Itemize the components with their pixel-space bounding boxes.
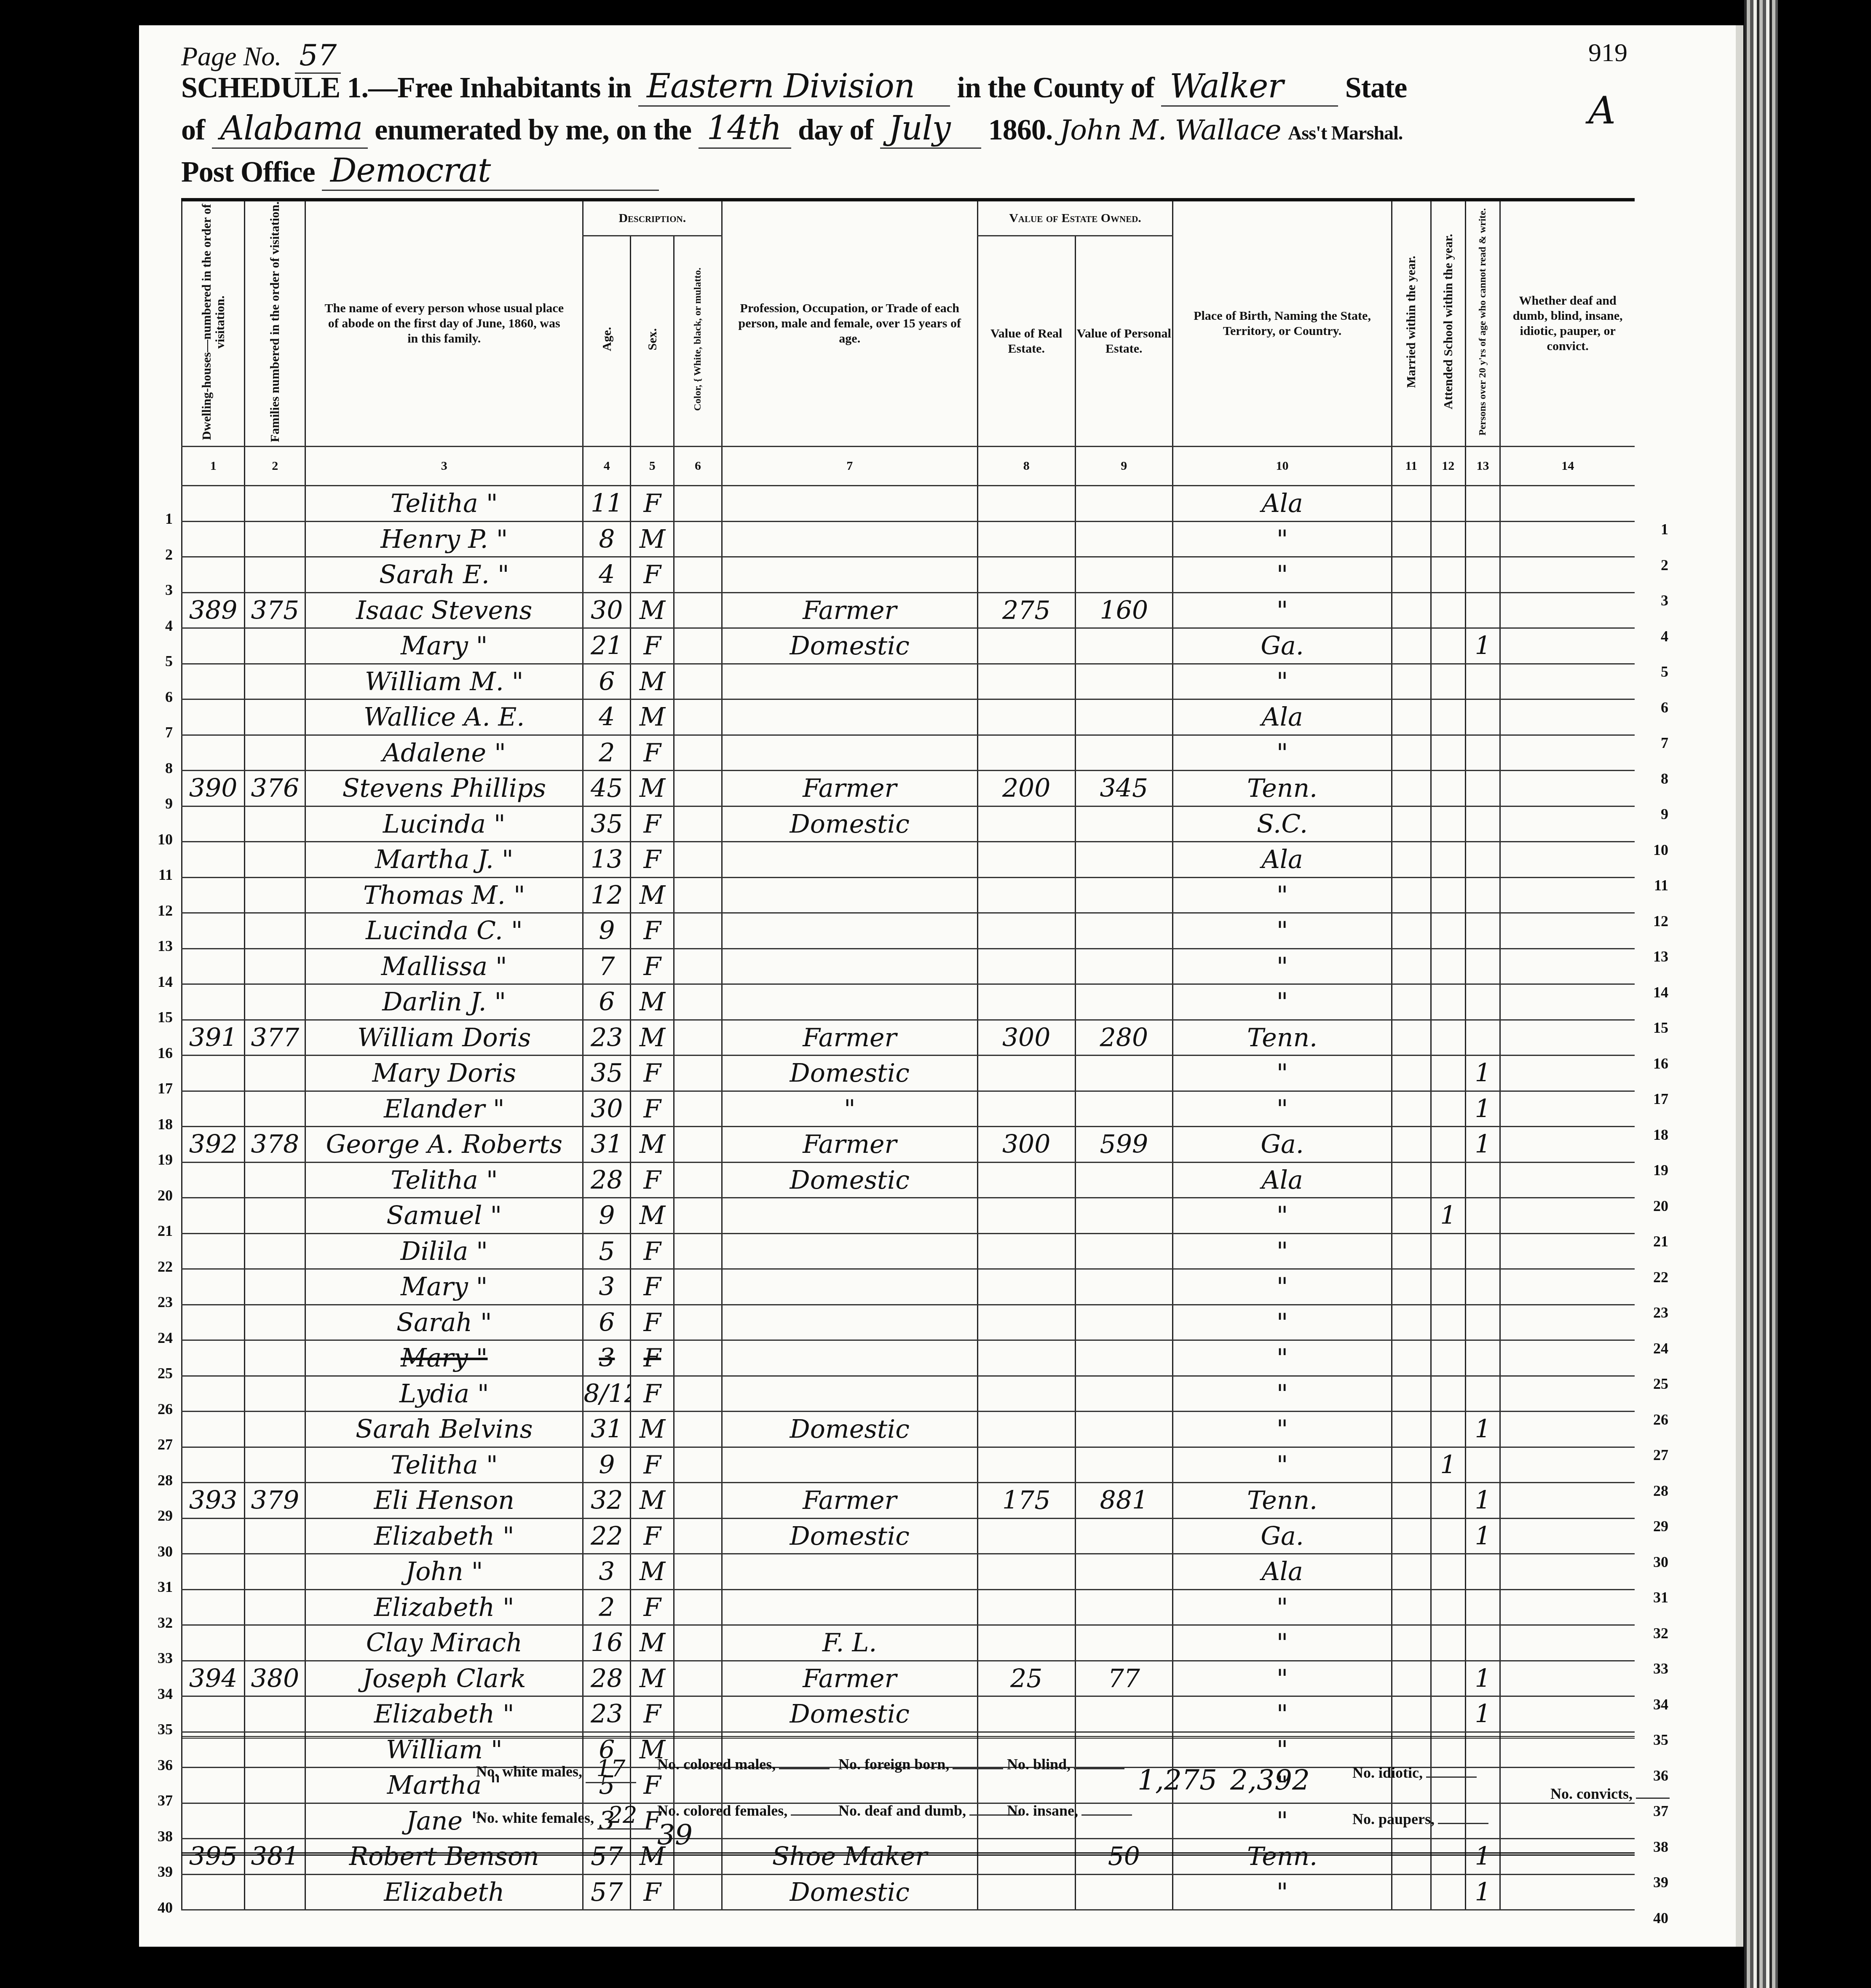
line-number: 26 [1643, 1411, 1668, 1428]
family-number [245, 1447, 305, 1483]
person-name: Mary Doris [305, 1056, 583, 1091]
line-number: 9 [1643, 805, 1668, 823]
dwelling-number [182, 699, 245, 735]
line-number: 11 [1643, 876, 1668, 894]
family-number [245, 1518, 305, 1554]
school-mark [1431, 1661, 1465, 1696]
color [674, 1233, 722, 1269]
illiterate-mark [1465, 842, 1500, 878]
personal-estate-value [1075, 699, 1173, 735]
color [674, 771, 722, 806]
occupation: Farmer [722, 592, 977, 628]
col-personal-estate-header: Value of Personal Estate. [1075, 236, 1173, 447]
color [674, 1020, 722, 1056]
married-mark [1392, 1447, 1431, 1483]
married-mark [1392, 1233, 1431, 1269]
col-number: 4 [583, 447, 631, 486]
real-estate-value [977, 877, 1075, 913]
color [674, 842, 722, 878]
age: 57 [583, 1874, 631, 1910]
census-page: Page No. 57 919 A SCHEDULE 1.—Free Inhab… [139, 25, 1743, 1947]
birthplace: " [1173, 913, 1392, 949]
family-number: 380 [245, 1661, 305, 1696]
colored-males-total: No. colored males, [657, 1755, 830, 1773]
real-estate-value [977, 1056, 1075, 1091]
birthplace: " [1173, 877, 1392, 913]
insane-total: No. insane, [1007, 1802, 1132, 1819]
sex: F [631, 735, 674, 771]
occupation [722, 842, 977, 878]
table-row: 394380Joseph Clark28MFarmer2577"1 [182, 1661, 1635, 1696]
school-mark [1431, 877, 1465, 913]
line-number: 13 [1643, 948, 1668, 965]
sex: F [631, 1874, 674, 1910]
family-number: 378 [245, 1127, 305, 1163]
color [674, 486, 722, 522]
birthplace: " [1173, 1447, 1392, 1483]
disability [1500, 1305, 1635, 1340]
table-row: Wallice A. E.4MAla [182, 699, 1635, 735]
age: 9 [583, 1447, 631, 1483]
color [674, 984, 722, 1020]
line-number-left: 39 [147, 1863, 173, 1881]
occupation [722, 1269, 977, 1305]
school-mark [1431, 1696, 1465, 1732]
occupation: Domestic [722, 1518, 977, 1554]
school-mark [1431, 557, 1465, 593]
dwelling-number [182, 486, 245, 522]
age: 28 [583, 1162, 631, 1198]
post-office-field: Democrat [322, 152, 659, 191]
line-number-left: 33 [147, 1649, 173, 1667]
stamp-letter: A [1588, 88, 1616, 133]
disability [1500, 1661, 1635, 1696]
married-mark [1392, 1554, 1431, 1590]
age: 23 [583, 1696, 631, 1732]
column-number-row: 1 2 3 4 5 6 7 8 9 10 11 12 13 14 [182, 447, 1635, 486]
family-number [245, 1269, 305, 1305]
family-number [245, 1376, 305, 1412]
line-number: 17 [1643, 1090, 1668, 1108]
color [674, 948, 722, 984]
table-row: Sarah E. "4F" [182, 557, 1635, 593]
col-number: 8 [977, 447, 1075, 486]
personal-estate-value [1075, 913, 1173, 949]
line-number: 2 [1643, 556, 1668, 574]
col-birthplace-header: Place of Birth, Naming the State, Territ… [1173, 200, 1392, 447]
disability [1500, 664, 1635, 699]
birthplace: " [1173, 1340, 1392, 1376]
school-mark [1431, 806, 1465, 842]
family-number [245, 1340, 305, 1376]
age: 2 [583, 1589, 631, 1625]
stamp-number: 919 [1588, 38, 1627, 68]
col-color-header: Color, { White, black, or mulatto. [674, 236, 722, 447]
family-number [245, 1198, 305, 1234]
line-number-left: 23 [147, 1293, 173, 1311]
line-number-left: 34 [147, 1685, 173, 1703]
age: 9 [583, 1198, 631, 1234]
age: 12 [583, 877, 631, 913]
person-name: Elander " [305, 1091, 583, 1127]
col-number: 1 [182, 447, 245, 486]
table-row: Lucinda "35FDomesticS.C. [182, 806, 1635, 842]
age: 30 [583, 592, 631, 628]
age: 16 [583, 1625, 631, 1661]
disability [1500, 1233, 1635, 1269]
married-mark [1392, 1518, 1431, 1554]
table-row: Telitha "28FDomesticAla [182, 1162, 1635, 1198]
line-number-left: 2 [147, 546, 173, 563]
sex: M [631, 521, 674, 557]
person-name: Mary " [305, 628, 583, 664]
sex: F [631, 1589, 674, 1625]
person-name: Darlin J. " [305, 984, 583, 1020]
white-females-count: 22 [608, 1802, 637, 1828]
col-number: 14 [1500, 447, 1635, 486]
disability [1500, 1376, 1635, 1412]
col-occupation-header: Profession, Occupation, or Trade of each… [722, 200, 977, 447]
person-name: William Doris [305, 1020, 583, 1056]
illiterate-mark [1465, 1376, 1500, 1412]
birthplace: Tenn. [1173, 1020, 1392, 1056]
schedule-line: SCHEDULE 1.—Free Inhabitants in Eastern … [181, 67, 1407, 107]
disability [1500, 1447, 1635, 1483]
married-mark [1392, 1198, 1431, 1234]
table-row: Martha J. "13FAla [182, 842, 1635, 878]
line-number: 27 [1643, 1446, 1668, 1464]
occupation [722, 1447, 977, 1483]
real-estate-value [977, 1447, 1075, 1483]
dwelling-number [182, 1305, 245, 1340]
line-number: 3 [1643, 592, 1668, 609]
col-name-header: The name of every person whose usual pla… [305, 200, 583, 447]
disability [1500, 1269, 1635, 1305]
dwelling-number [182, 735, 245, 771]
blind-total: No. blind, [1007, 1755, 1124, 1773]
occupation [722, 735, 977, 771]
sex: F [631, 948, 674, 984]
dwelling-number: 392 [182, 1127, 245, 1163]
description-group-header: Description. [583, 200, 722, 236]
birthplace: Ga. [1173, 628, 1392, 664]
birthplace: " [1173, 1589, 1392, 1625]
age: 13 [583, 842, 631, 878]
illiterate-mark: 1 [1465, 628, 1500, 664]
married-mark [1392, 806, 1431, 842]
real-estate-value [977, 1589, 1075, 1625]
line-number-left: 8 [147, 759, 173, 777]
school-mark [1431, 1127, 1465, 1163]
person-name: George A. Roberts [305, 1127, 583, 1163]
age: 31 [583, 1127, 631, 1163]
line-number-left: 25 [147, 1364, 173, 1382]
age: 6 [583, 984, 631, 1020]
illiterate-mark [1465, 557, 1500, 593]
line-number-left: 26 [147, 1400, 173, 1418]
illiterate-mark [1465, 771, 1500, 806]
occupation: Farmer [722, 1661, 977, 1696]
real-estate-total: 1,275 [1138, 1764, 1217, 1796]
real-estate-value [977, 486, 1075, 522]
occupation: Domestic [722, 1874, 977, 1910]
dwelling-number [182, 521, 245, 557]
disability [1500, 1483, 1635, 1519]
line-number: 10 [1643, 841, 1668, 859]
family-number: 379 [245, 1483, 305, 1519]
birthplace: " [1173, 1233, 1392, 1269]
school-mark [1431, 1162, 1465, 1198]
occupation [722, 486, 977, 522]
family-number [245, 1554, 305, 1590]
married-mark [1392, 1376, 1431, 1412]
birthplace: Tenn. [1173, 1483, 1392, 1519]
line-number-left: 12 [147, 902, 173, 919]
school-mark [1431, 1874, 1465, 1910]
family-number [245, 877, 305, 913]
person-name: Mary " [305, 1340, 583, 1376]
real-estate-value [977, 1376, 1075, 1412]
occupation [722, 1340, 977, 1376]
occupation: Domestic [722, 1412, 977, 1447]
illiterate-mark [1465, 486, 1500, 522]
line-number: 14 [1643, 983, 1668, 1001]
married-mark [1392, 1269, 1431, 1305]
sex: M [631, 1127, 674, 1163]
real-estate-value [977, 699, 1075, 735]
dwelling-number [182, 1447, 245, 1483]
table-row: Samuel "9M"1 [182, 1198, 1635, 1234]
occupation [722, 877, 977, 913]
illiterate-mark [1465, 984, 1500, 1020]
school-mark [1431, 521, 1465, 557]
family-number: 375 [245, 592, 305, 628]
table-row: Mary "3F" [182, 1340, 1635, 1376]
col-number: 6 [674, 447, 722, 486]
color [674, 1127, 722, 1163]
table-row: Clay Mirach16MF. L." [182, 1625, 1635, 1661]
illiterate-mark [1465, 664, 1500, 699]
line-number: 16 [1643, 1055, 1668, 1072]
occupation [722, 1589, 977, 1625]
birthplace: Ala [1173, 842, 1392, 878]
personal-estate-value [1075, 1625, 1173, 1661]
line-number-left: 37 [147, 1792, 173, 1809]
sex: F [631, 806, 674, 842]
real-estate-value [977, 1162, 1075, 1198]
line-number-left: 10 [147, 831, 173, 848]
family-number [245, 1696, 305, 1732]
real-estate-value [977, 521, 1075, 557]
personal-estate-value [1075, 877, 1173, 913]
illiterate-mark [1465, 1589, 1500, 1625]
married-mark [1392, 1589, 1431, 1625]
dwelling-number: 393 [182, 1483, 245, 1519]
line-number: 34 [1643, 1696, 1668, 1713]
occupation: " [722, 1091, 977, 1127]
school-mark [1431, 1589, 1465, 1625]
personal-estate-value [1075, 1589, 1173, 1625]
dwelling-number [182, 557, 245, 593]
married-mark [1392, 699, 1431, 735]
personal-estate-value: 160 [1075, 592, 1173, 628]
illiterate-mark [1465, 1162, 1500, 1198]
married-mark [1392, 1056, 1431, 1091]
color [674, 699, 722, 735]
line-number: 4 [1643, 627, 1668, 645]
disability [1500, 521, 1635, 557]
color [674, 1661, 722, 1696]
family-number: 377 [245, 1020, 305, 1056]
color [674, 1162, 722, 1198]
dwelling-number [182, 806, 245, 842]
sex: F [631, 1696, 674, 1732]
disability [1500, 1056, 1635, 1091]
line-number: 32 [1643, 1624, 1668, 1642]
colored-females-total: No. colored females, [657, 1802, 841, 1819]
personal-estate-value: 280 [1075, 1020, 1173, 1056]
disability [1500, 948, 1635, 984]
line-number: 28 [1643, 1482, 1668, 1500]
color [674, 1056, 722, 1091]
married-mark [1392, 592, 1431, 628]
personal-estate-value [1075, 1091, 1173, 1127]
sex: F [631, 1233, 674, 1269]
dwelling-number: 394 [182, 1661, 245, 1696]
person-name: Elizabeth [305, 1874, 583, 1910]
personal-estate-value [1075, 1305, 1173, 1340]
real-estate-value: 200 [977, 771, 1075, 806]
line-number-left: 35 [147, 1720, 173, 1738]
line-number-left: 6 [147, 688, 173, 706]
disability [1500, 1625, 1635, 1661]
married-mark [1392, 1483, 1431, 1519]
table-row: 390376Stevens Phillips45MFarmer200345Ten… [182, 771, 1635, 806]
table-row: 389375Isaac Stevens30MFarmer275160" [182, 592, 1635, 628]
real-estate-value [977, 1233, 1075, 1269]
disability [1500, 1518, 1635, 1554]
col-number: 2 [245, 447, 305, 486]
sex: M [631, 877, 674, 913]
line-number-left: 11 [147, 866, 173, 884]
married-mark [1392, 1696, 1431, 1732]
dwelling-number [182, 877, 245, 913]
person-name: Thomas M. " [305, 877, 583, 913]
real-estate-value [977, 1554, 1075, 1590]
personal-estate-value [1075, 521, 1173, 557]
age: 3 [583, 1554, 631, 1590]
of-label: of [181, 114, 205, 146]
married-mark [1392, 628, 1431, 664]
state-field: Alabama [212, 110, 368, 149]
sex: F [631, 1518, 674, 1554]
line-number-left: 5 [147, 652, 173, 670]
illiterate-mark [1465, 877, 1500, 913]
married-mark [1392, 771, 1431, 806]
personal-estate-value [1075, 1696, 1173, 1732]
married-mark [1392, 1874, 1431, 1910]
illiterate-mark [1465, 735, 1500, 771]
occupation [722, 557, 977, 593]
sex: F [631, 1269, 674, 1305]
age: 2 [583, 735, 631, 771]
real-estate-value: 300 [977, 1020, 1075, 1056]
foreign-born-total: No. foreign born, [838, 1755, 1003, 1773]
year: 1860. [988, 114, 1053, 146]
person-name: Sarah " [305, 1305, 583, 1340]
sex: M [631, 771, 674, 806]
person-name: Wallice A. E. [305, 699, 583, 735]
dwelling-number [182, 1269, 245, 1305]
table-row: 392378George A. Roberts31MFarmer300599Ga… [182, 1127, 1635, 1163]
table-row: Sarah "6F" [182, 1305, 1635, 1340]
table-row: William M. "6M" [182, 664, 1635, 699]
personal-estate-value [1075, 842, 1173, 878]
age: 35 [583, 1056, 631, 1091]
sex: M [631, 1198, 674, 1234]
birthplace: " [1173, 521, 1392, 557]
married-mark [1392, 1625, 1431, 1661]
color [674, 1874, 722, 1910]
dwelling-number [182, 1056, 245, 1091]
birthplace: " [1173, 1625, 1392, 1661]
person-name: Clay Mirach [305, 1625, 583, 1661]
sex: M [631, 1020, 674, 1056]
occupation [722, 948, 977, 984]
color [674, 1340, 722, 1376]
family-number [245, 1162, 305, 1198]
occupation [722, 1376, 977, 1412]
table-row: Mary Doris35FDomestic"1 [182, 1056, 1635, 1091]
color [674, 877, 722, 913]
dwelling-number [182, 1198, 245, 1234]
person-name: Lucinda C. " [305, 913, 583, 949]
table-row: John "3MAla [182, 1554, 1635, 1590]
col-family-header: Families numbered in the order of visita… [245, 200, 305, 447]
state-label: State [1345, 72, 1407, 104]
line-number: 35 [1643, 1731, 1668, 1749]
disability [1500, 592, 1635, 628]
col-number: 10 [1173, 447, 1392, 486]
line-number: 25 [1643, 1375, 1668, 1393]
age: 6 [583, 664, 631, 699]
school-mark [1431, 842, 1465, 878]
family-number [245, 1589, 305, 1625]
personal-estate-value [1075, 984, 1173, 1020]
line-number: 30 [1643, 1553, 1668, 1571]
col-married-header: Married within the year. [1392, 200, 1431, 447]
illiterate-mark: 1 [1465, 1056, 1500, 1091]
sex: M [631, 1483, 674, 1519]
sex: F [631, 842, 674, 878]
occupation [722, 521, 977, 557]
family-number [245, 1305, 305, 1340]
school-mark [1431, 1233, 1465, 1269]
sex: F [631, 913, 674, 949]
dwelling-number: 390 [182, 771, 245, 806]
person-name: Elizabeth " [305, 1589, 583, 1625]
line-number-left: 32 [147, 1614, 173, 1632]
sex: M [631, 984, 674, 1020]
real-estate-value [977, 1412, 1075, 1447]
line-number: 5 [1643, 663, 1668, 681]
schedule-label: SCHEDULE 1.—Free Inhabitants in [181, 72, 631, 104]
personal-estate-value [1075, 1447, 1173, 1483]
dwelling-number [182, 1625, 245, 1661]
line-number: 22 [1643, 1268, 1668, 1286]
line-number: 33 [1643, 1660, 1668, 1677]
real-estate-value [977, 948, 1075, 984]
